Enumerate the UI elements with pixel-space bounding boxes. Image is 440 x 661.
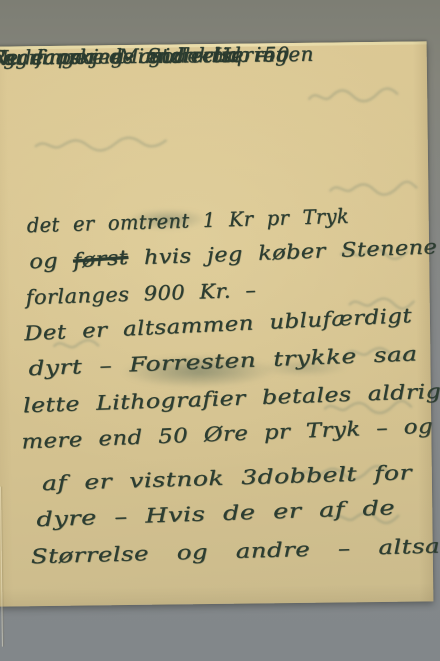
line-2-pre: og bbox=[29, 248, 74, 274]
ghost-stroke bbox=[36, 137, 166, 151]
handwritten-line-4: Det er altsammen ublufærdigt bbox=[24, 304, 413, 344]
handwritten-line-2: og først hvis jeg køber Stenene bbox=[29, 235, 438, 272]
handwritten-line-10: Størrelse og andre – altsaa efter bbox=[31, 532, 440, 567]
line-2-post: hvis jeg køber Stenene bbox=[128, 234, 437, 269]
handwritten-line-1: det er omtrent 1 Kr pr Tryk bbox=[26, 205, 349, 237]
handwritten-line-6: lette Lithografier betales aldrig bbox=[23, 380, 440, 417]
handwritten-line-3: forlanges 900 Kr. – bbox=[25, 279, 256, 309]
handwritten-line-14: og danske Mænd knap 50 bbox=[0, 43, 290, 69]
handwritten-line-7: mere end 50 Øre pr Tryk – og Stenene bbox=[21, 410, 440, 452]
handwritten-line-8: af er vistnok 3dobbelt for bbox=[42, 461, 413, 494]
paper-fold-line bbox=[0, 487, 3, 647]
handwritten-line-9: dyre – Hvis de er af de bbox=[36, 496, 395, 530]
ghost-stroke bbox=[309, 88, 397, 101]
letter-page: det er omtrent 1 Kr pr Tryk og først hvi… bbox=[0, 41, 433, 606]
struck-word: først bbox=[73, 246, 130, 272]
handwritten-line-5: dyrt – Forresten trykke saa bbox=[28, 342, 418, 379]
ghost-stroke bbox=[330, 182, 416, 196]
photo-background: det er omtrent 1 Kr pr Tryk og først hvi… bbox=[0, 0, 440, 661]
